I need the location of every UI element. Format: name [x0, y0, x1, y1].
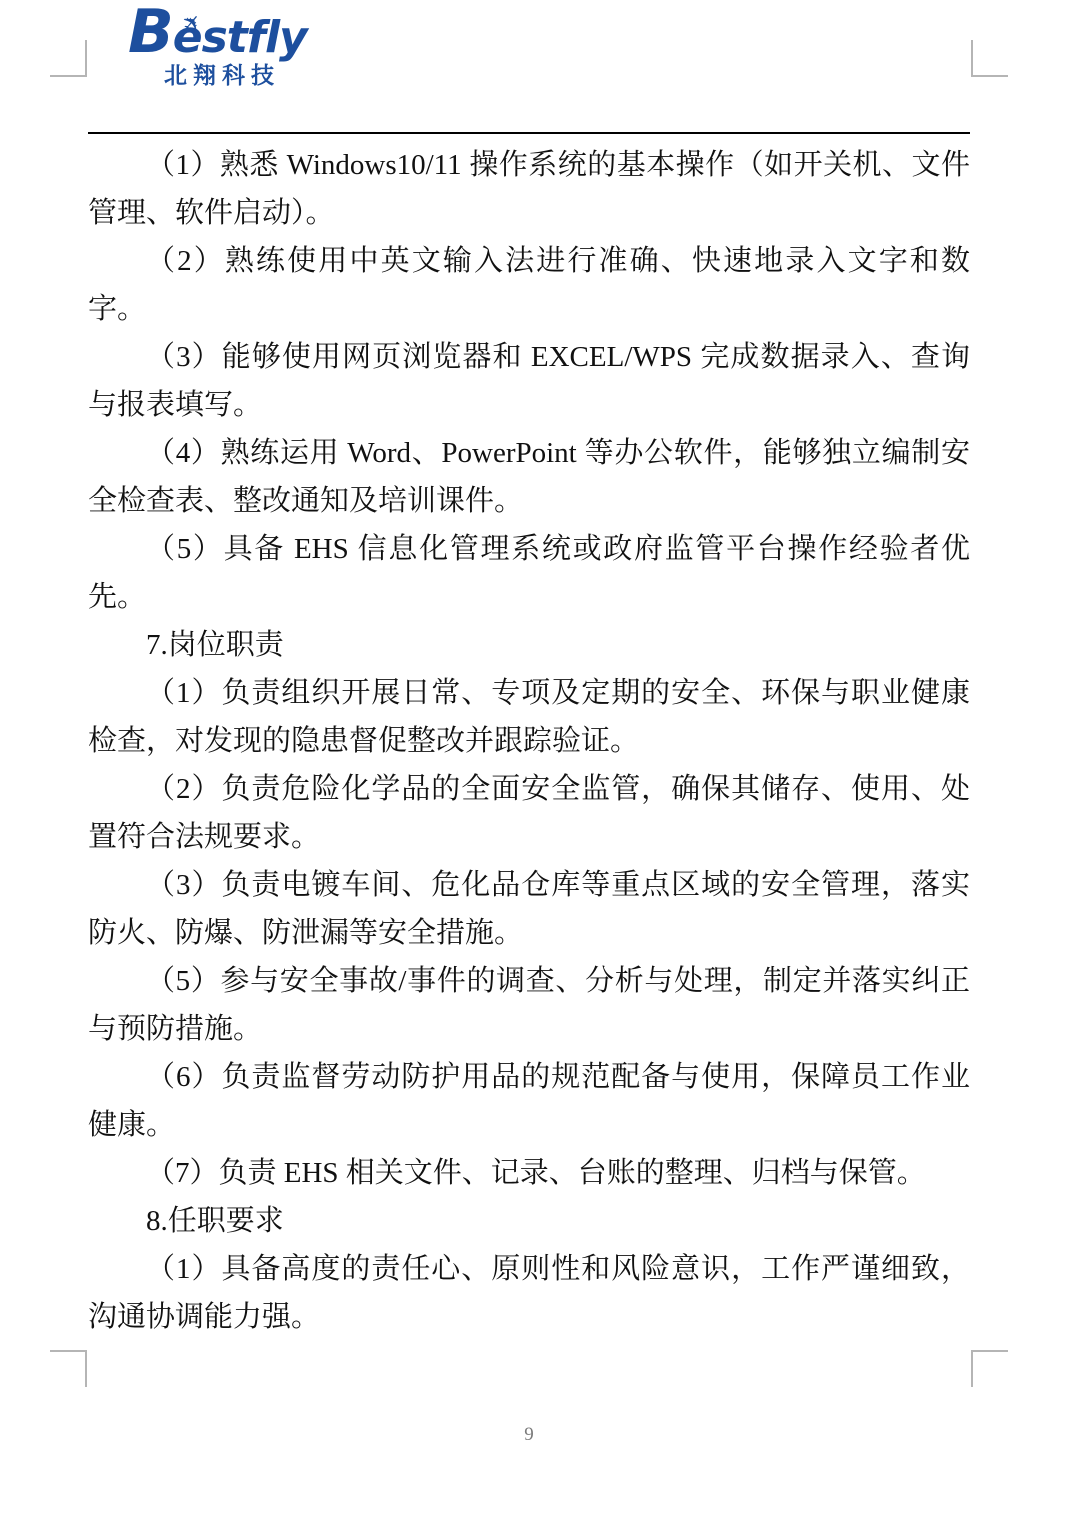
logo-wordmark: ✈Bestfly — [128, 4, 307, 66]
document-body: （1）熟悉 Windows10/11 操作系统的基本操作（如开关机、文件管理、软… — [88, 141, 970, 1341]
paragraph: （3）能够使用网页浏览器和 EXCEL/WPS 完成数据录入、查询与报表填写。 — [88, 333, 970, 429]
header-divider — [88, 132, 970, 134]
logo-subtitle: 北翔科技 — [164, 64, 307, 88]
paragraph: （1）熟悉 Windows10/11 操作系统的基本操作（如开关机、文件管理、软… — [88, 141, 970, 237]
paragraph: （1）负责组织开展日常、专项及定期的安全、环保与职业健康检查，对发现的隐患督促整… — [88, 669, 970, 765]
paragraph: （3）负责电镀车间、危化品仓库等重点区域的安全管理，落实防火、防爆、防泄漏等安全… — [88, 861, 970, 957]
crop-mark-top-right — [971, 40, 1008, 77]
paragraph: （2）负责危险化学品的全面安全监管，确保其储存、使用、处置符合法规要求。 — [88, 765, 970, 861]
paragraph: （1）具备高度的责任心、原则性和风险意识，工作严谨细致，沟通协调能力强。 — [88, 1245, 970, 1341]
paragraph: （5）参与安全事故/事件的调查、分析与处理，制定并落实纠正与预防措施。 — [88, 957, 970, 1053]
logo-initial: B — [128, 0, 173, 67]
page-number: 9 — [88, 1424, 970, 1446]
paragraph: （5）具备 EHS 信息化管理系统或政府监管平台操作经验者优先。 — [88, 525, 970, 621]
paragraph: （2）熟练使用中英文输入法进行准确、快速地录入文字和数字。 — [88, 237, 970, 333]
crop-mark-bottom-left — [50, 1350, 87, 1387]
company-logo: ✈Bestfly 北翔科技 — [128, 4, 307, 88]
crop-mark-top-left — [50, 40, 87, 77]
document-page: ✈Bestfly 北翔科技 （1）熟悉 Windows10/11 操作系统的基本… — [0, 0, 1086, 1528]
paragraph: 7.岗位职责 — [88, 621, 970, 669]
crop-mark-bottom-right — [971, 1350, 1008, 1387]
paragraph: （4）熟练运用 Word、PowerPoint 等办公软件，能够独立编制安全检查… — [88, 429, 970, 525]
paragraph: 8.任职要求 — [88, 1197, 970, 1245]
paragraph: （7）负责 EHS 相关文件、记录、台账的整理、归档与保管。 — [88, 1149, 970, 1197]
paragraph: （6）负责监督劳动防护用品的规范配备与使用，保障员工作业健康。 — [88, 1053, 970, 1149]
